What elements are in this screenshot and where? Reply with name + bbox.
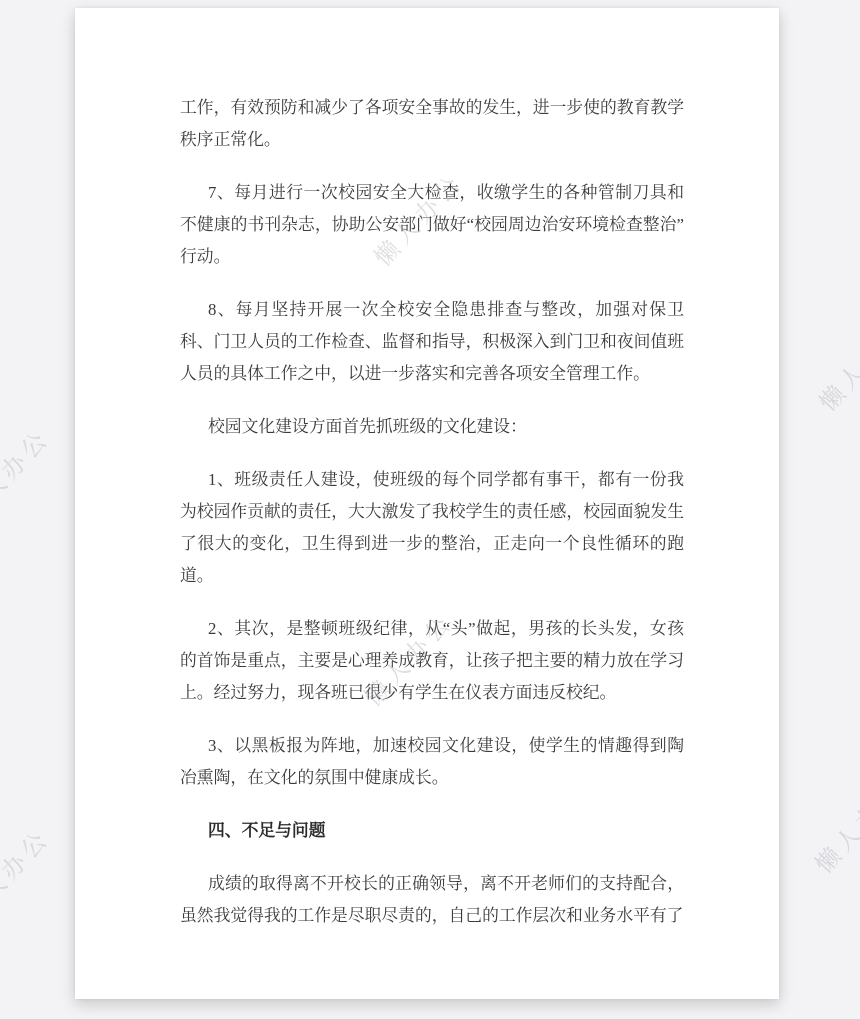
watermark-text: 懒人办公 [810, 309, 860, 418]
document-page: 工作，有效预防和减少了各项安全事故的发生，进一步使的教育教学秩序正常化。 7、每… [75, 8, 779, 999]
paragraph: 2、其次，是整顿班级纪律，从“头”做起，男孩的长头发，女孩的首饰是重点，主要是心… [180, 613, 684, 709]
section-heading: 四、不足与问题 [180, 815, 684, 847]
paragraph: 1、班级责任人建设，使班级的每个同学都有事干，都有一份我为校园作贡献的责任，大大… [180, 464, 684, 592]
paragraph: 7、每月进行一次校园安全大检查，收缴学生的各种管制刀具和不健康的书刊杂志，协助公… [180, 177, 684, 273]
paragraph: 8、每月坚持开展一次全校安全隐患排查与整改，加强对保卫科、门卫人员的工作检查、监… [180, 294, 684, 390]
paragraph: 3、以黑板报为阵地，加速校园文化建设，使学生的情趣得到陶冶熏陶，在文化的氛围中健… [180, 730, 684, 794]
app-canvas: 工作，有效预防和减少了各项安全事故的发生，进一步使的教育教学秩序正常化。 7、每… [0, 0, 860, 1019]
watermark-text: 懒人办公 [0, 820, 56, 929]
watermark-text: 懒人办公 [806, 771, 860, 880]
paragraph: 校园文化建设方面首先抓班级的文化建设： [180, 411, 684, 443]
paragraph: 成绩的取得离不开校长的正确领导，离不开老师们的支持配合，虽然我觉得我的工作是尽职… [180, 868, 684, 932]
watermark-text: 懒人办公 [0, 420, 56, 529]
paragraph: 工作，有效预防和减少了各项安全事故的发生，进一步使的教育教学秩序正常化。 [180, 92, 684, 156]
